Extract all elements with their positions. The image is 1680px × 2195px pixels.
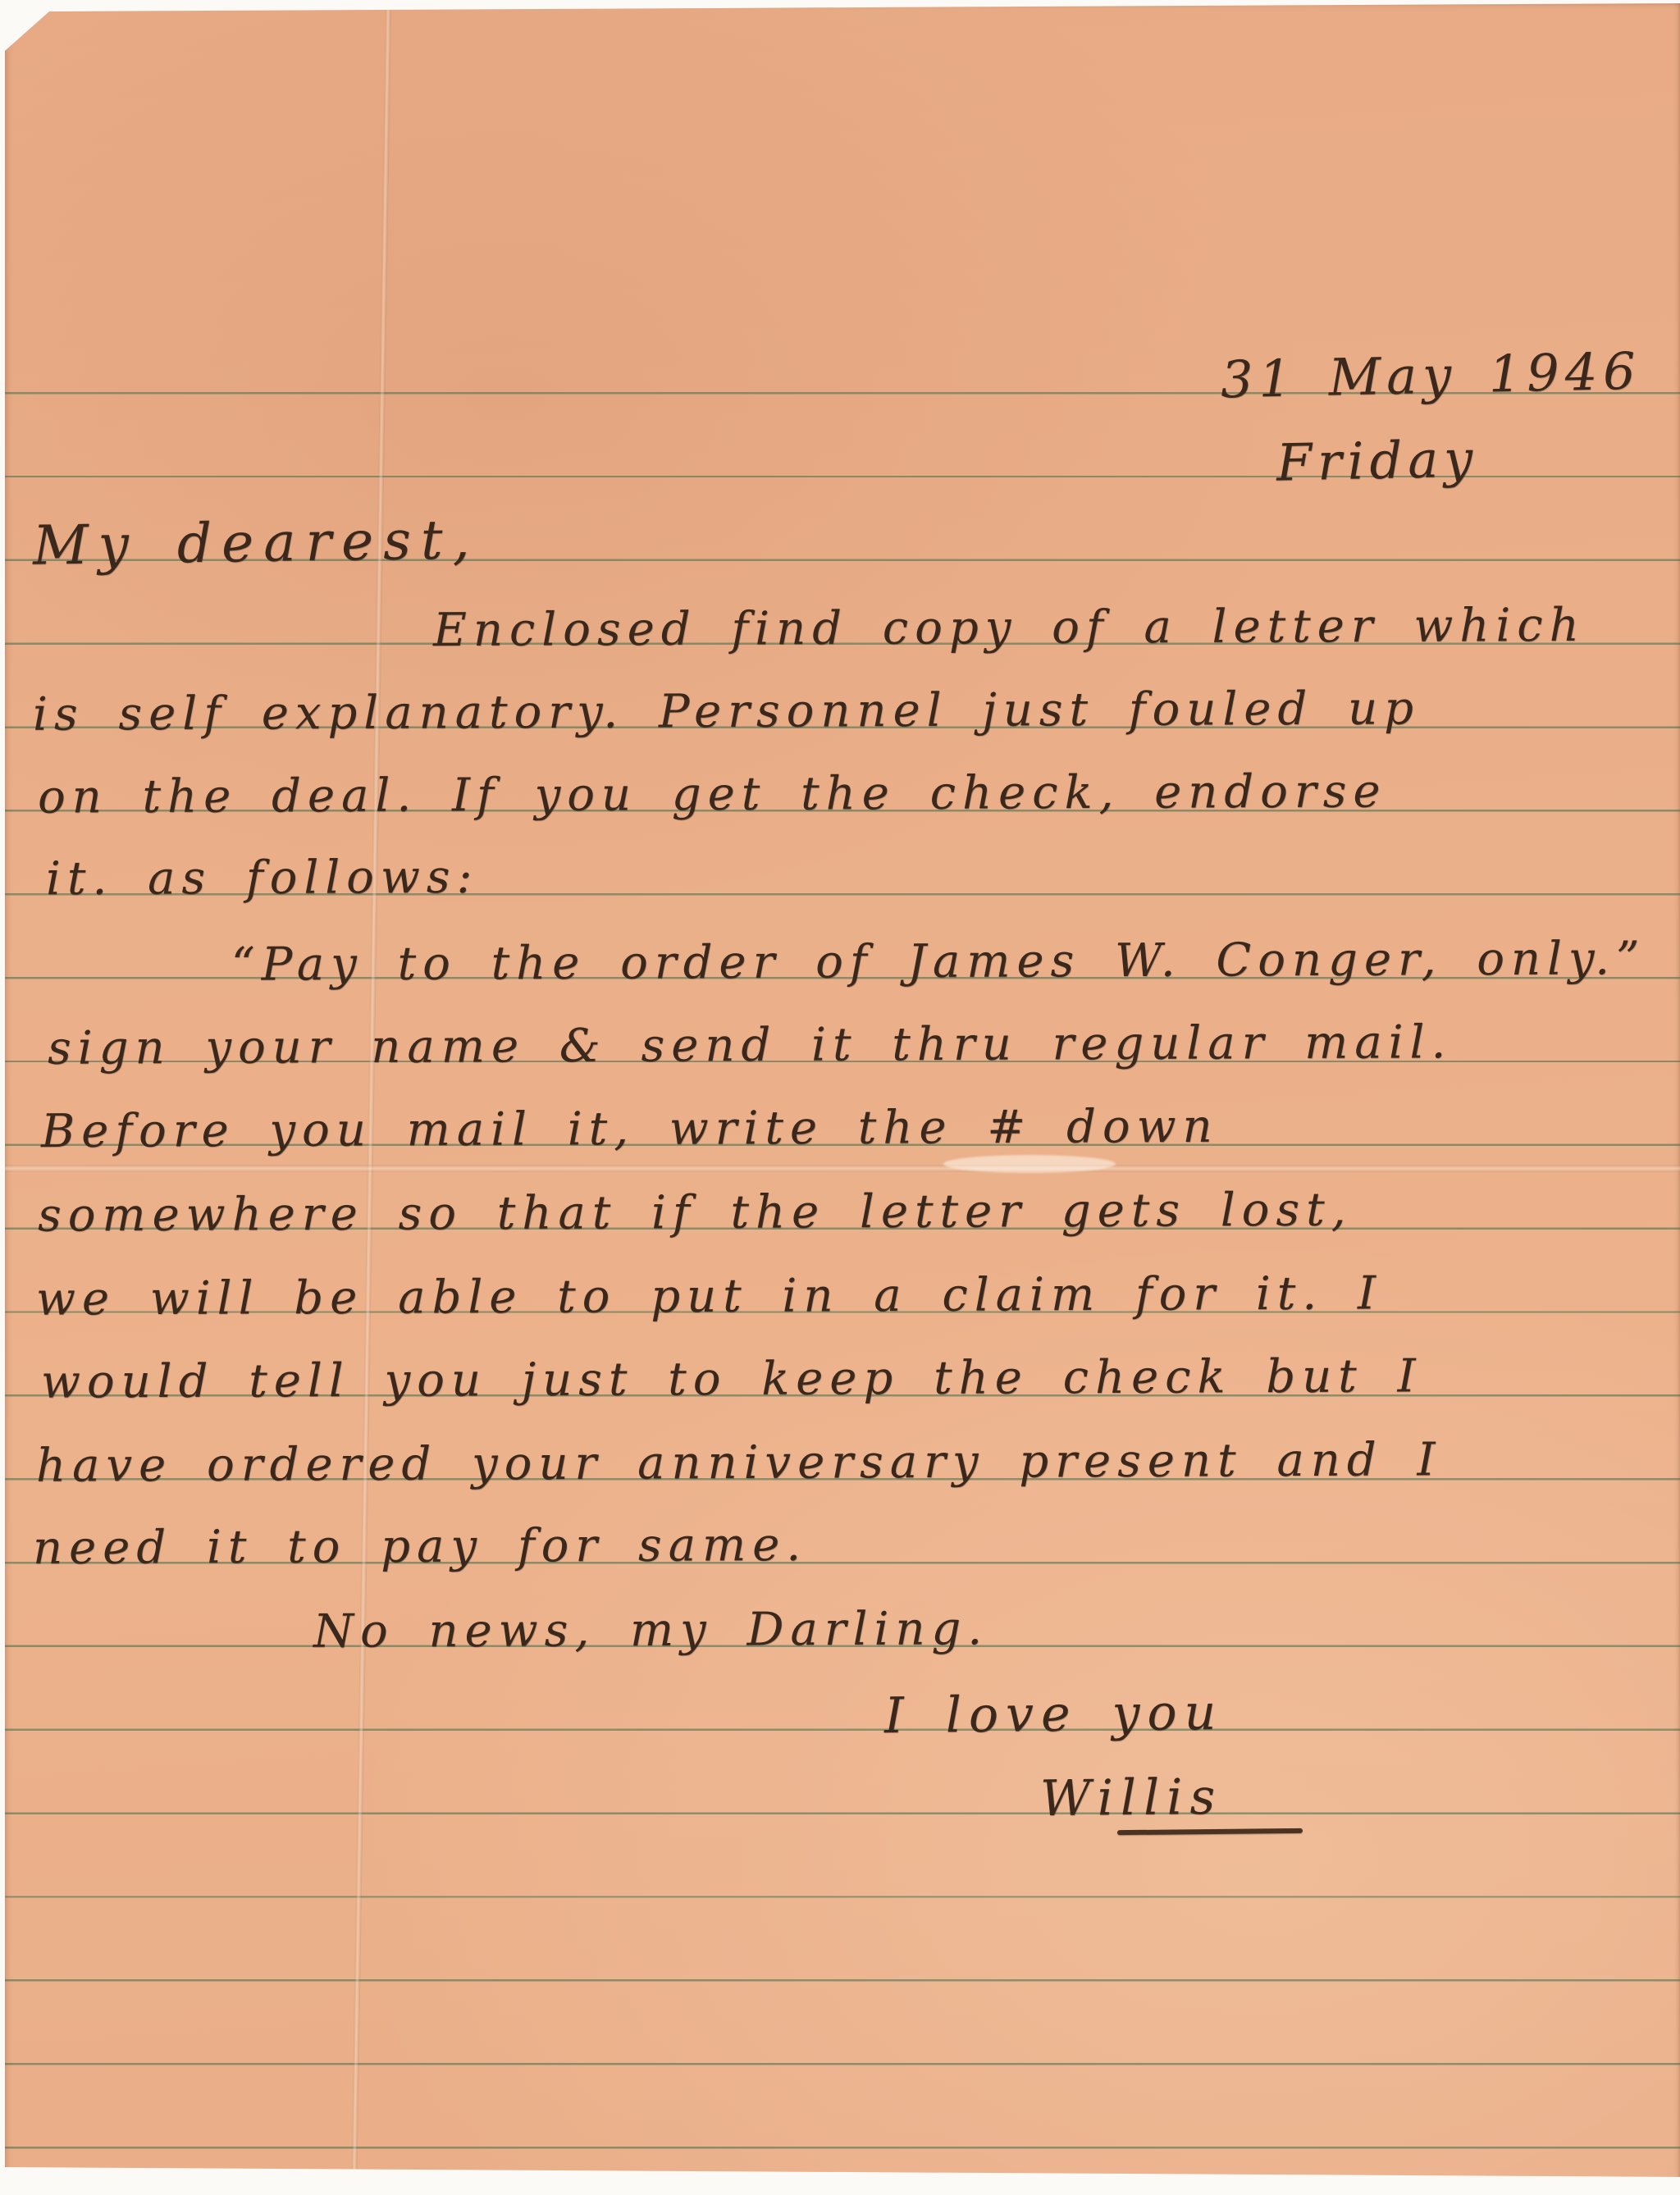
letter-line: “Pay to the order of James W. Conger, on… (231, 918, 1646, 1006)
letter-scan: 31 May 1946 Friday My dearest, Enclosed … (0, 0, 1680, 2195)
letter-salutation: My dearest, (32, 499, 480, 587)
letter-line: Before you mail it, write the # down (41, 1086, 1219, 1173)
letter-signature: Willis (1039, 1756, 1222, 1840)
letter-day: Friday (1276, 418, 1479, 504)
letter-line: is self explanatory. Personnel just foul… (33, 668, 1420, 755)
letter-valediction: I love you (883, 1672, 1223, 1757)
letter-line: Enclosed find copy of a letter which (433, 585, 1586, 672)
letter-line: we will be able to put in a claim for it… (36, 1253, 1382, 1340)
letter-line: it. as follows: (46, 837, 479, 920)
letter-line: would tell you just to keep the check bu… (41, 1335, 1422, 1423)
letter-line: need it to pay for same. (33, 1504, 808, 1590)
signature-underline (1117, 1828, 1303, 1835)
letter-line: No news, my Darling. (313, 1588, 989, 1673)
letter-line: sign your name & send it thru regular ma… (48, 1002, 1453, 1089)
letter-date: 31 May 1946 (1220, 331, 1642, 422)
letter-line: somewhere so that if the letter gets los… (38, 1170, 1353, 1257)
letter-line: on the deal. If you get the check, endor… (38, 751, 1387, 838)
letter-line: have ordered your anniversary present an… (36, 1419, 1442, 1507)
paper-sheet: 31 May 1946 Friday My dearest, Enclosed … (0, 0, 1680, 2195)
